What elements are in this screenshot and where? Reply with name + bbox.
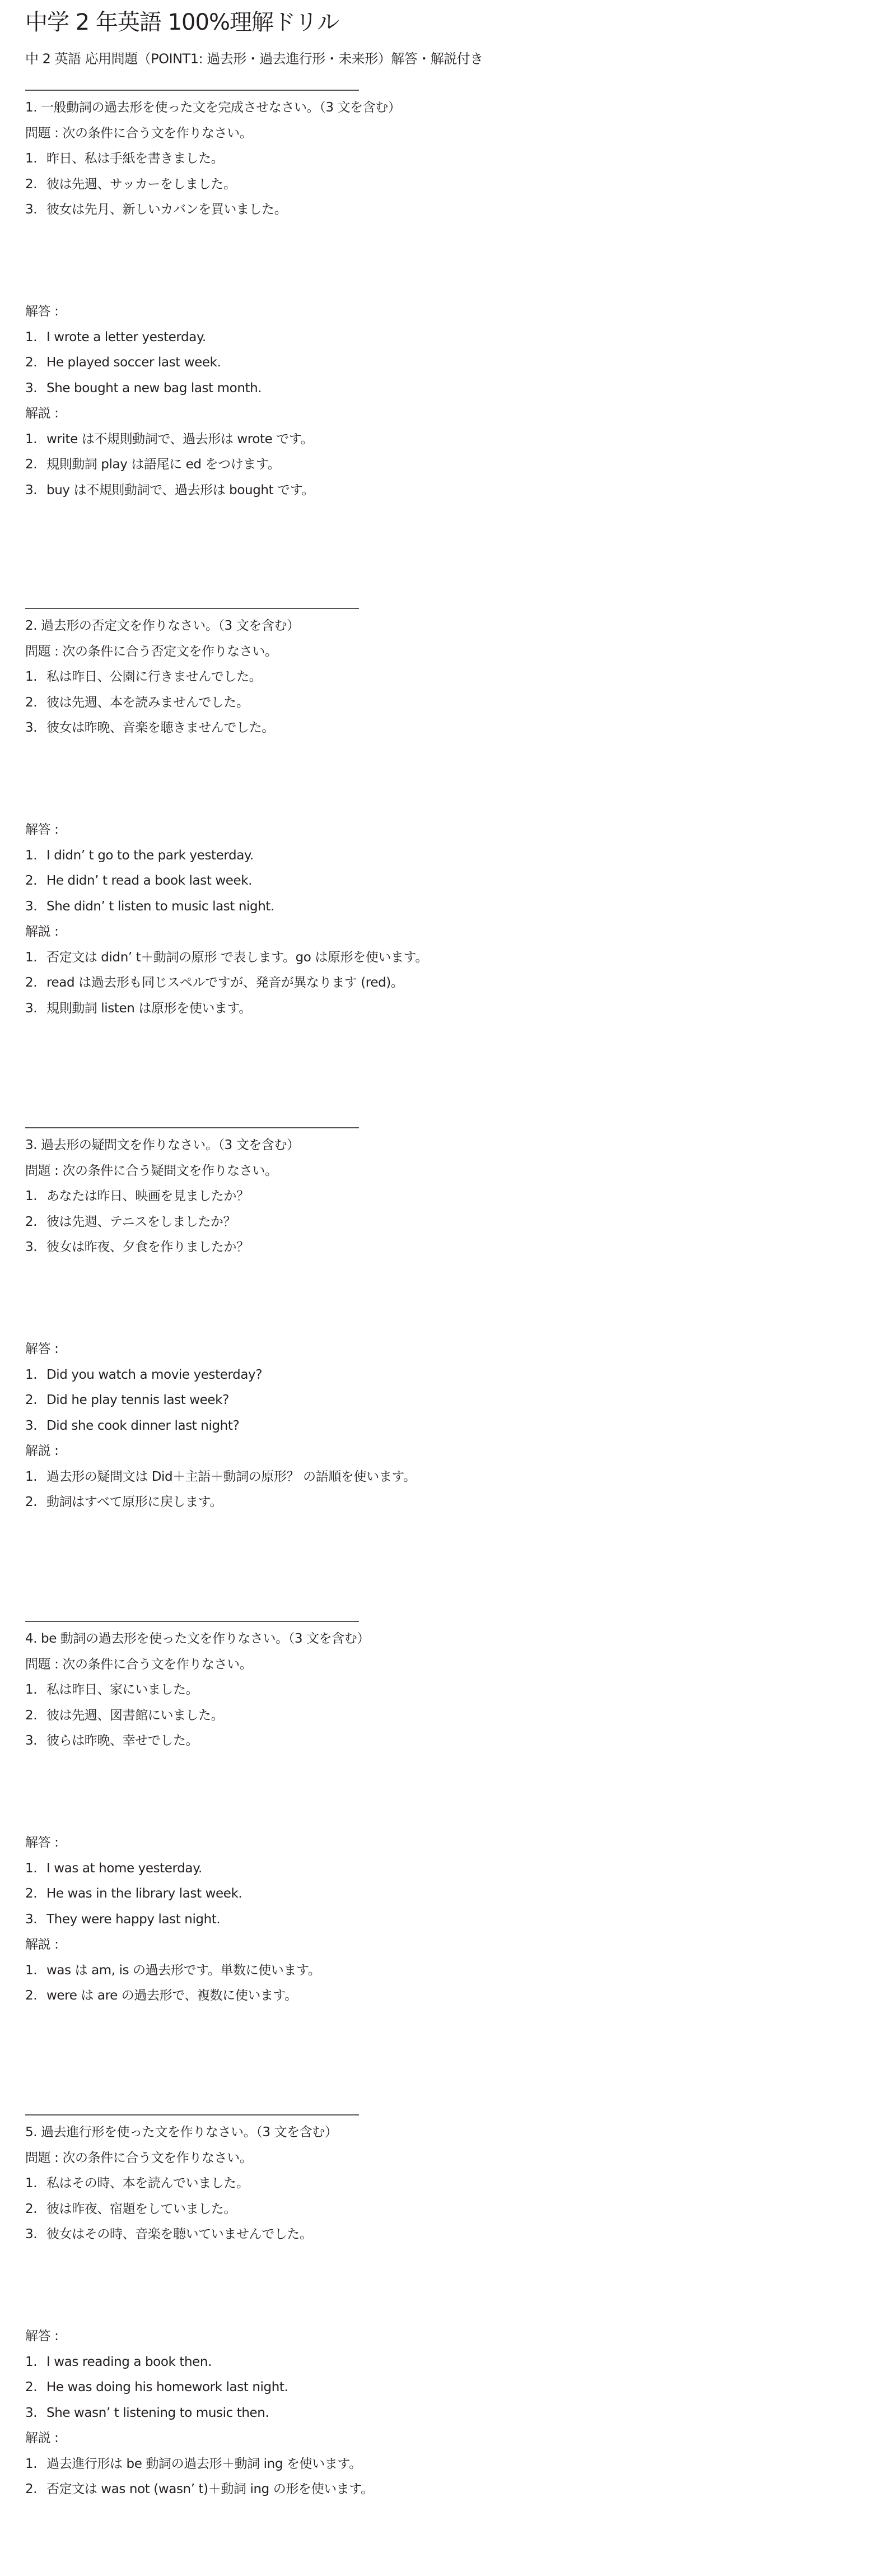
item-number: 1. xyxy=(25,664,46,690)
document-subtitle: 中 2 英語 応用問題（POINT1: 過去形・過去進行形・未来形）解答・解説付… xyxy=(25,49,483,68)
document-title: 中学 2 年英語 100%理解ドリル xyxy=(25,8,339,37)
answer-text: Did she cook dinner last night? xyxy=(46,1419,239,1433)
answer-item: 3.They were happy last night. xyxy=(25,1907,865,1933)
question-item: 2.彼は先週、テニスをしましたか？ xyxy=(25,1210,865,1235)
item-number: 3. xyxy=(25,2401,46,2426)
item-number: 2. xyxy=(25,452,46,478)
item-number: 1. xyxy=(25,945,46,971)
answer-item: 1.I was reading a book then. xyxy=(25,2350,865,2375)
item-number: 2. xyxy=(25,2375,46,2401)
question-text: 私は昨日、公園に行きませんでした。 xyxy=(46,669,262,684)
item-number: 2. xyxy=(25,350,46,376)
answer-item: 2.He was in the library last week. xyxy=(25,1881,865,1907)
answer-text: Did you watch a movie yesterday? xyxy=(46,1368,262,1382)
question-item: 1.昨日、私は手紙を書きました。 xyxy=(25,146,865,172)
problem-prompt: 問題 : 次の条件に合う文を作りなさい。 xyxy=(25,2146,865,2172)
item-number: 3. xyxy=(25,1235,46,1261)
item-number: 3. xyxy=(25,197,46,223)
question-item: 2.彼は昨夜、宿題をしていました。 xyxy=(25,2197,865,2222)
item-number: 3. xyxy=(25,996,46,1022)
question-text: 彼女はその時、音楽を聴いていませんでした。 xyxy=(46,2227,312,2242)
explanation-text: 過去形の疑問文は Did＋主語＋動詞の原形？ の語順を使います。 xyxy=(46,1470,416,1484)
explanation-text: 動詞はすべて原形に戻します。 xyxy=(46,1495,222,1509)
explanation-text: 過去進行形は be 動詞の過去形＋動詞 ing を使います。 xyxy=(46,2457,362,2471)
question-text: 私は昨日、家にいました。 xyxy=(46,1682,198,1697)
item-number: 1. xyxy=(25,2350,46,2375)
explanation-item: 1.過去進行形は be 動詞の過去形＋動詞 ing を使います。 xyxy=(25,2452,865,2477)
explanation-text: 否定文は didn’ t＋動詞の原形 で表します。go は原形を使います。 xyxy=(46,950,428,965)
item-number: 1. xyxy=(25,1363,46,1388)
item-number: 1. xyxy=(25,843,46,869)
item-number: 2. xyxy=(25,970,46,996)
item-number: 2. xyxy=(25,1388,46,1413)
explanation-label: 解説 : xyxy=(25,1932,865,1958)
answer-text: He played soccer last week. xyxy=(46,355,221,370)
section-divider xyxy=(25,608,359,609)
question-item: 3.彼女は先月、新しいカバンを買いました。 xyxy=(25,197,865,223)
item-number: 1. xyxy=(25,1958,46,1984)
explanation-text: was は am, is の過去形です。単数に使います。 xyxy=(46,1963,320,1978)
item-number: 3. xyxy=(25,376,46,402)
answer-item: 1.I wrote a letter yesterday. xyxy=(25,325,865,351)
section-divider xyxy=(25,1127,359,1128)
problem-prompt: 問題 : 次の条件に合う疑問文を作りなさい。 xyxy=(25,1159,865,1184)
question-item: 3.彼らは昨晩、幸せでした。 xyxy=(25,1728,865,1754)
answer-space xyxy=(25,741,865,818)
item-number: 1. xyxy=(25,325,46,351)
question-text: あなたは昨日、映画を見ましたか？ xyxy=(46,1189,249,1203)
explanation-item: 2.read は過去形も同じスペルですが、発音が異なります (red)。 xyxy=(25,970,865,996)
item-number: 1. xyxy=(25,1856,46,1882)
item-number: 2. xyxy=(25,868,46,894)
answer-label: 解答 : xyxy=(25,1337,865,1363)
explanation-label: 解説 : xyxy=(25,401,865,427)
question-item: 3.彼女は昨晩、音楽を聴きませんでした。 xyxy=(25,715,865,741)
question-item: 1.私はその時、本を読んでいました。 xyxy=(25,2171,865,2197)
explanation-text: buy は不規則動詞で、過去形は bought です。 xyxy=(46,483,314,497)
explanation-text: 規則動詞 listen は原形を使います。 xyxy=(46,1001,251,1016)
item-number: 1. xyxy=(25,1464,46,1490)
answer-space xyxy=(25,223,865,300)
explanation-item: 2.動詞はすべて原形に戻します。 xyxy=(25,1490,865,1515)
question-text: 彼は先週、図書館にいました。 xyxy=(46,1708,223,1723)
exercise-section-1: 1. 一般動詞の過去形を使った文を完成させなさい。（3 文を含む） 問題 : 次… xyxy=(25,90,865,503)
question-text: 彼は先週、サッカーをしました。 xyxy=(46,177,236,192)
item-number: 3. xyxy=(25,1728,46,1754)
answer-item: 1.Did you watch a movie yesterday? xyxy=(25,1363,865,1388)
answer-text: I wrote a letter yesterday. xyxy=(46,330,206,345)
explanation-item: 2.were は are の過去形で、複数に使います。 xyxy=(25,1983,865,2009)
question-text: 彼女は先月、新しいカバンを買いました。 xyxy=(46,202,287,217)
question-text: 彼は昨夜、宿題をしていました。 xyxy=(46,2202,236,2216)
question-text: 彼女は昨夜、夕食を作りましたか？ xyxy=(46,1240,249,1254)
explanation-text: were は are の過去形で、複数に使います。 xyxy=(46,1988,297,2003)
exercise-section-5: 5. 過去進行形を使った文を作りなさい。（3 文を含む） 問題 : 次の条件に合… xyxy=(25,2114,865,2503)
question-item: 1.私は昨日、公園に行きませんでした。 xyxy=(25,664,865,690)
exercise-section-2: 2. 過去形の否定文を作りなさい。（3 文を含む） 問題 : 次の条件に合う否定… xyxy=(25,608,865,1021)
question-item: 3.彼女はその時、音楽を聴いていませんでした。 xyxy=(25,2222,865,2248)
section-heading: 2. 過去形の否定文を作りなさい。（3 文を含む） xyxy=(25,613,865,639)
answer-item: 1.I was at home yesterday. xyxy=(25,1856,865,1882)
answer-text: I was at home yesterday. xyxy=(46,1861,202,1876)
explanation-text: 否定文は was not (wasn’ t)＋動詞 ing の形を使います。 xyxy=(46,2482,374,2496)
item-number: 2. xyxy=(25,172,46,198)
answer-label: 解答 : xyxy=(25,2324,865,2350)
question-item: 1.あなたは昨日、映画を見ましたか？ xyxy=(25,1184,865,1210)
answer-text: She wasn’ t listening to music then. xyxy=(46,2406,269,2420)
explanation-text: read は過去形も同じスペルですが、発音が異なります (red)。 xyxy=(46,975,403,990)
answer-space xyxy=(25,1261,865,1337)
section-divider xyxy=(25,90,359,91)
answer-text: He didn’ t read a book last week. xyxy=(46,873,252,888)
explanation-text: 規則動詞 play は語尾に ed をつけます。 xyxy=(46,457,280,472)
item-number: 3. xyxy=(25,1413,46,1439)
exercise-section-3: 3. 過去形の疑問文を作りなさい。（3 文を含む） 問題 : 次の条件に合う疑問… xyxy=(25,1127,865,1515)
answer-label: 解答 : xyxy=(25,299,865,325)
item-number: 2. xyxy=(25,1703,46,1729)
answer-text: I didn’ t go to the park yesterday. xyxy=(46,848,254,863)
item-number: 2. xyxy=(25,2197,46,2222)
answer-item: 3.She wasn’ t listening to music then. xyxy=(25,2401,865,2426)
question-text: 彼は先週、テニスをしましたか？ xyxy=(46,1215,236,1229)
item-number: 1. xyxy=(25,2452,46,2477)
item-number: 3. xyxy=(25,894,46,920)
item-number: 3. xyxy=(25,2222,46,2248)
answer-item: 2.He was doing his homework last night. xyxy=(25,2375,865,2401)
item-number: 3. xyxy=(25,715,46,741)
problem-prompt: 問題 : 次の条件に合う文を作りなさい。 xyxy=(25,121,865,147)
answer-item: 2.He played soccer last week. xyxy=(25,350,865,376)
section-heading: 5. 過去進行形を使った文を作りなさい。（3 文を含む） xyxy=(25,2120,865,2146)
explanation-label: 解説 : xyxy=(25,1439,865,1464)
question-text: 彼は先週、本を読みませんでした。 xyxy=(46,695,249,710)
explanation-label: 解説 : xyxy=(25,919,865,945)
item-number: 1. xyxy=(25,146,46,172)
explanation-item: 3.規則動詞 listen は原形を使います。 xyxy=(25,996,865,1022)
answer-text: He was in the library last week. xyxy=(46,1886,242,1901)
answer-space xyxy=(25,1754,865,1831)
item-number: 2. xyxy=(25,2477,46,2503)
explanation-text: write は不規則動詞で、過去形は wrote です。 xyxy=(46,432,313,447)
section-heading: 4. be 動詞の過去形を使った文を作りなさい。（3 文を含む） xyxy=(25,1626,865,1652)
answer-text: I was reading a book then. xyxy=(46,2355,212,2369)
explanation-label: 解説 : xyxy=(25,2426,865,2452)
question-text: 彼女は昨晩、音楽を聴きませんでした。 xyxy=(46,720,274,735)
item-number: 2. xyxy=(25,1210,46,1235)
exercise-section-4: 4. be 動詞の過去形を使った文を作りなさい。（3 文を含む） 問題 : 次の… xyxy=(25,1621,865,2009)
answer-item: 2.Did he play tennis last week? xyxy=(25,1388,865,1413)
item-number: 1. xyxy=(25,2171,46,2197)
section-divider xyxy=(25,1621,359,1622)
section-divider xyxy=(25,2114,359,2115)
item-number: 3. xyxy=(25,478,46,504)
explanation-item: 1.write は不規則動詞で、過去形は wrote です。 xyxy=(25,427,865,453)
answer-text: Did he play tennis last week? xyxy=(46,1393,229,1407)
question-item: 3.彼女は昨夜、夕食を作りましたか？ xyxy=(25,1235,865,1261)
explanation-item: 3.buy は不規則動詞で、過去形は bought です。 xyxy=(25,478,865,504)
answer-item: 3.Did she cook dinner last night? xyxy=(25,1413,865,1439)
answer-item: 1.I didn’ t go to the park yesterday. xyxy=(25,843,865,869)
answer-text: He was doing his homework last night. xyxy=(46,2380,288,2394)
item-number: 1. xyxy=(25,1677,46,1703)
item-number: 2. xyxy=(25,1490,46,1515)
item-number: 2. xyxy=(25,690,46,716)
item-number: 2. xyxy=(25,1881,46,1907)
item-number: 1. xyxy=(25,1184,46,1210)
explanation-item: 1.was は am, is の過去形です。単数に使います。 xyxy=(25,1958,865,1984)
question-item: 2.彼は先週、本を読みませんでした。 xyxy=(25,690,865,716)
question-text: 彼らは昨晩、幸せでした。 xyxy=(46,1733,198,1748)
answer-text: She bought a new bag last month. xyxy=(46,381,262,396)
item-number: 3. xyxy=(25,1907,46,1933)
explanation-item: 1.過去形の疑問文は Did＋主語＋動詞の原形？ の語順を使います。 xyxy=(25,1464,865,1490)
answer-label: 解答 : xyxy=(25,1830,865,1856)
section-heading: 3. 過去形の疑問文を作りなさい。（3 文を含む） xyxy=(25,1133,865,1159)
question-item: 1.私は昨日、家にいました。 xyxy=(25,1677,865,1703)
problem-prompt: 問題 : 次の条件に合う文を作りなさい。 xyxy=(25,1652,865,1678)
section-heading: 1. 一般動詞の過去形を使った文を完成させなさい。（3 文を含む） xyxy=(25,95,865,121)
answer-item: 3.She didn’ t listen to music last night… xyxy=(25,894,865,920)
item-number: 2. xyxy=(25,1983,46,2009)
question-item: 2.彼は先週、図書館にいました。 xyxy=(25,1703,865,1729)
question-item: 2.彼は先週、サッカーをしました。 xyxy=(25,172,865,198)
answer-space xyxy=(25,2248,865,2324)
question-text: 私はその時、本を読んでいました。 xyxy=(46,2176,249,2191)
problem-prompt: 問題 : 次の条件に合う否定文を作りなさい。 xyxy=(25,639,865,665)
answer-item: 2.He didn’ t read a book last week. xyxy=(25,868,865,894)
explanation-item: 2.否定文は was not (wasn’ t)＋動詞 ing の形を使います。 xyxy=(25,2477,865,2503)
explanation-item: 2.規則動詞 play は語尾に ed をつけます。 xyxy=(25,452,865,478)
question-text: 昨日、私は手紙を書きました。 xyxy=(46,151,223,166)
answer-item: 3.She bought a new bag last month. xyxy=(25,376,865,402)
answer-text: She didn’ t listen to music last night. xyxy=(46,899,274,914)
answer-label: 解答 : xyxy=(25,817,865,843)
item-number: 1. xyxy=(25,427,46,453)
answer-text: They were happy last night. xyxy=(46,1912,220,1927)
explanation-item: 1.否定文は didn’ t＋動詞の原形 で表します。go は原形を使います。 xyxy=(25,945,865,971)
